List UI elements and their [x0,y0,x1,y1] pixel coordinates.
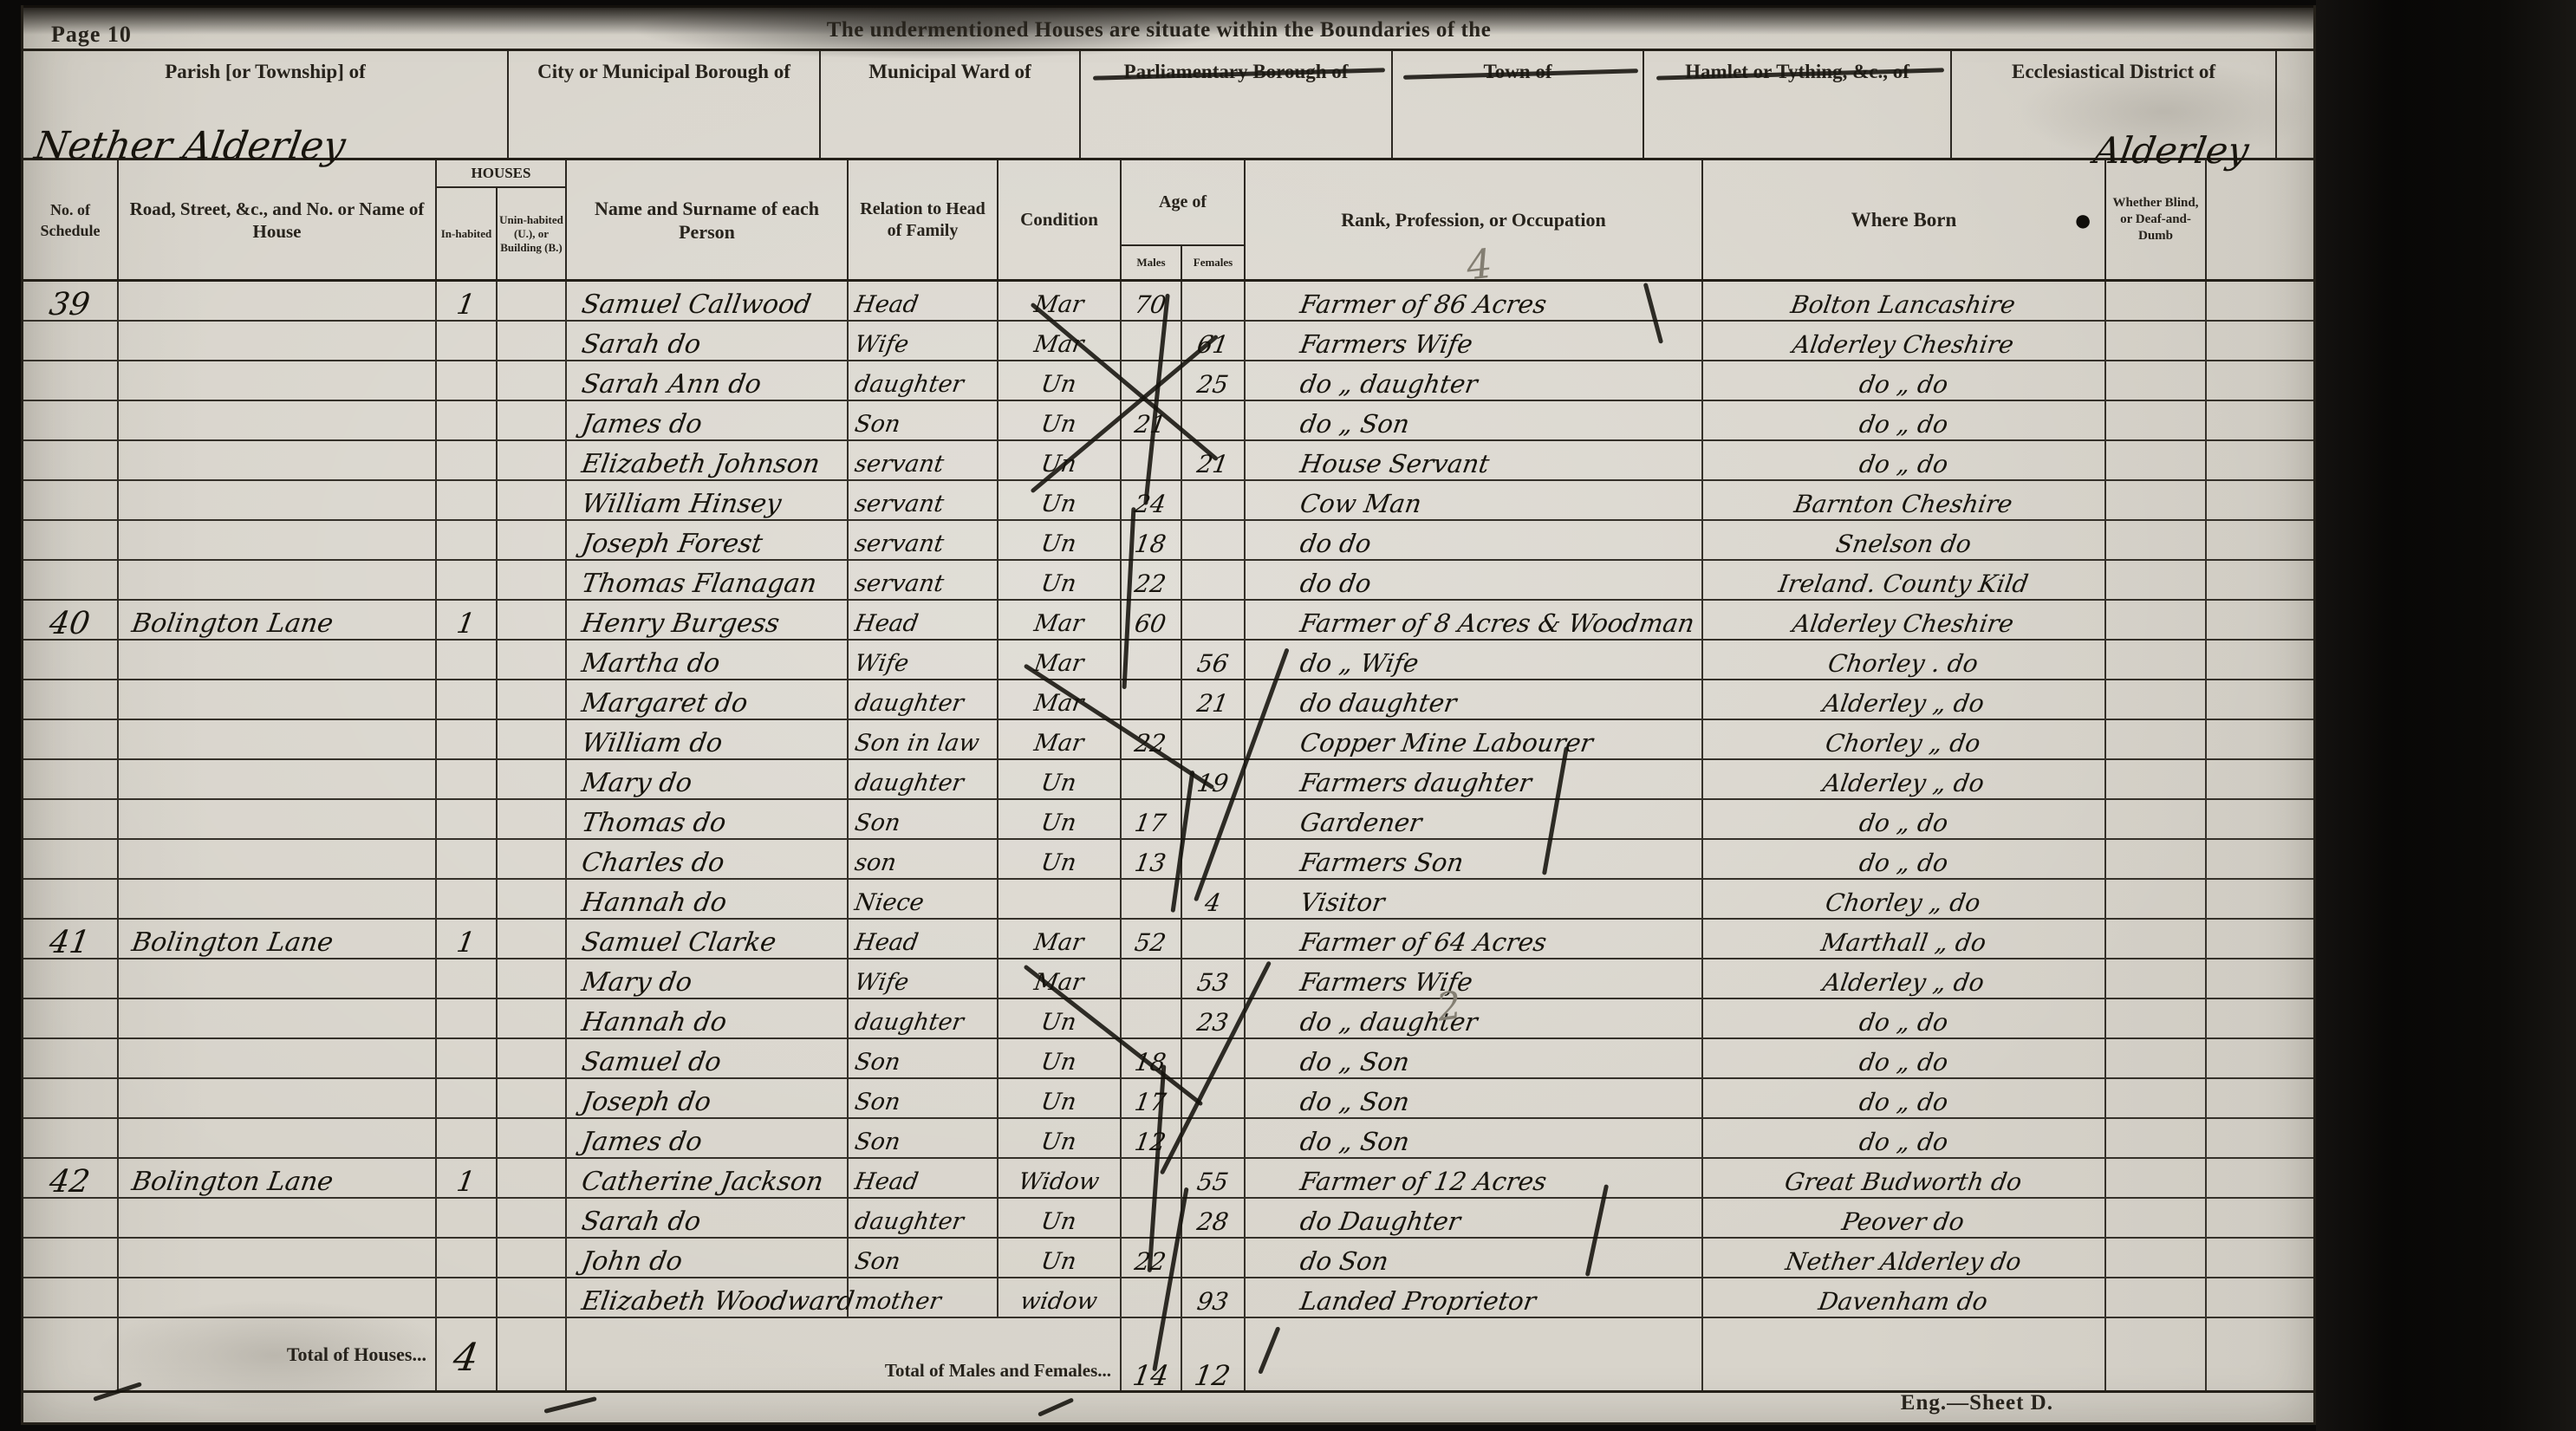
cell-uninhabited [498,601,567,639]
totals-males-value: 14 [1122,1318,1182,1390]
cell-age_m: 60 [1122,601,1182,639]
census-row: 40Bolington Lane1Henry BurgessHeadMar60F… [23,601,2313,641]
cell-condition: Un [999,441,1122,479]
cell-relation: Wife [849,322,999,360]
totals-row: Total of Houses... 4 Total of Males and … [23,1318,2313,1393]
cell-uninhabited [498,401,567,439]
cell-inhabited [437,361,498,400]
banner-row: Page 10 The undermentioned Houses are si… [23,8,2313,51]
census-row: Thomas FlanaganservantUn22do doIreland. … [23,561,2313,601]
cell-occupation: do do [1246,521,1703,559]
cell-name: Thomas do [567,800,849,838]
cell-road [119,880,437,918]
cell-born: Snelson do [1703,521,2106,559]
cell-uninhabited [498,322,567,360]
cell-uninhabited [498,641,567,679]
cell-blind [2106,920,2207,958]
cell-relation: daughter [849,999,999,1037]
cell-born: Barnton Cheshire [1703,481,2106,519]
cell-name: Samuel Clarke [567,920,849,958]
cell-condition: Un [999,561,1122,599]
cell-name: Hannah do [567,999,849,1037]
census-row: Joseph doSonUn17do „ Sondo „ do [23,1079,2313,1119]
cell-occupation: do „ Son [1246,401,1703,439]
cell-age_m [1122,999,1182,1037]
cell-uninhabited [498,959,567,998]
cell-blind [2106,999,2207,1037]
cell-uninhabited [498,481,567,519]
cell-uninhabited [498,361,567,400]
cell-road [119,840,437,878]
cell-road [119,1119,437,1157]
cell-condition: Mar [999,282,1122,320]
cell-age_f: 93 [1182,1278,1246,1317]
cell-age_f: 21 [1182,680,1246,719]
totals-blind-cell [2106,1318,2207,1390]
cell-inhabited [437,1039,498,1077]
cell-road [119,1039,437,1077]
cell-road [119,959,437,998]
film-band: 1 2 123456 PUBLIC RECORD OFFICE R.G.9 Re… [2316,0,2576,1431]
header-relation: Relation to Head of Family [849,160,999,279]
cell-margin [2207,959,2313,998]
cell-schedule [23,361,119,400]
cell-age_f [1182,840,1246,878]
census-row: Elizabeth JohnsonservantUn21House Servan… [23,441,2313,481]
header-blind-deaf: Whether Blind, or Deaf-and-Dumb [2106,160,2207,279]
cell-condition: Un [999,1239,1122,1277]
cell-age_m [1122,1159,1182,1197]
cell-margin [2207,282,2313,320]
cell-condition: Un [999,800,1122,838]
cell-born: Alderley Cheshire [1703,601,2106,639]
cell-schedule: 42 [23,1159,119,1197]
header-schedule: No. of Schedule [23,160,119,279]
cell-schedule [23,959,119,998]
cell-road [119,361,437,400]
cell-relation: servant [849,561,999,599]
cell-margin [2207,920,2313,958]
cell-age_m [1122,760,1182,798]
cell-blind [2106,680,2207,719]
cell-relation: mother [849,1278,999,1317]
cell-born: do „ do [1703,1119,2106,1157]
cell-age_f: 19 [1182,760,1246,798]
cell-schedule [23,760,119,798]
cell-born: Alderley Cheshire [1703,322,2106,360]
cell-name: Thomas Flanagan [567,561,849,599]
cell-born: Peover do [1703,1199,2106,1237]
banner-text: The undermentioned Houses are situate wi… [827,18,1492,42]
cell-born: do „ do [1703,361,2106,400]
header-where-born: Where Born ● [1703,160,2106,279]
cell-occupation: Farmers Wife [1246,322,1703,360]
cell-relation: daughter [849,760,999,798]
totals-uninhabited-cell [498,1318,567,1390]
cell-margin [2207,561,2313,599]
box-borough: City or Municipal Borough of [509,51,821,158]
cell-road: Bolington Lane [119,601,437,639]
box-ecclesiastical-district: Ecclesiastical District of Alderley [1952,51,2277,158]
cell-margin [2207,481,2313,519]
census-scan: Page 10 The undermentioned Houses are si… [0,0,2576,1431]
cell-occupation: Farmers daughter [1246,760,1703,798]
census-row: Charles dosonUn13Farmers Sondo „ do [23,840,2313,880]
cell-margin [2207,1159,2313,1197]
cell-age_f [1182,1239,1246,1277]
cell-blind [2106,720,2207,758]
cell-occupation: Cow Man [1246,481,1703,519]
cell-relation: daughter [849,361,999,400]
cell-age_m: 12 [1122,1119,1182,1157]
census-table: No. of Schedule Road, Street, &c., and N… [23,160,2313,1393]
census-row: James doSonUn12do „ Sondo „ do [23,1119,2313,1159]
cell-born: Bolton Lancashire [1703,282,2106,320]
cell-margin [2207,601,2313,639]
cell-born: do „ do [1703,1079,2106,1117]
cell-schedule [23,322,119,360]
cell-relation: Head [849,601,999,639]
header-age-females: Females [1182,246,1244,279]
page-number-label: Page 10 [51,22,132,48]
cell-inhabited [437,521,498,559]
cell-inhabited [437,959,498,998]
cell-road: Bolington Lane [119,920,437,958]
header-condition: Condition [999,160,1122,279]
cell-born: Ireland. County Kild [1703,561,2106,599]
sheet-note: Eng.—Sheet D. [1901,1391,2053,1415]
cell-relation: Head [849,282,999,320]
cell-name: Joseph do [567,1079,849,1117]
cell-age_m: 70 [1122,282,1182,320]
cell-blind [2106,1039,2207,1077]
totals-females-value: 12 [1182,1318,1246,1390]
cell-condition: Un [999,1119,1122,1157]
cell-road [119,441,437,479]
cell-blind [2106,1199,2207,1237]
cell-uninhabited [498,1278,567,1317]
cell-occupation: House Servant [1246,441,1703,479]
cell-condition: Mar [999,920,1122,958]
cell-age_f [1182,481,1246,519]
box-filler [2277,51,2313,158]
census-row: James doSonUn21do „ Sondo „ do [23,401,2313,441]
cell-blind [2106,641,2207,679]
cell-age_m: 18 [1122,521,1182,559]
cell-road [119,999,437,1037]
cell-margin [2207,1239,2313,1277]
cell-blind [2106,760,2207,798]
cell-blind [2106,1119,2207,1157]
cell-schedule [23,680,119,719]
cell-road [119,760,437,798]
cell-age_f: 25 [1182,361,1246,400]
cell-blind [2106,521,2207,559]
cell-born: Nether Alderley do [1703,1239,2106,1277]
cell-blind [2106,1159,2207,1197]
cell-age_f: 61 [1182,322,1246,360]
cell-margin [2207,401,2313,439]
cell-uninhabited [498,680,567,719]
box-ward-label: Municipal Ward of [821,60,1079,83]
cell-relation: Son [849,1079,999,1117]
census-row: 391Samuel CallwoodHeadMar70Farmer of 86 … [23,282,2313,322]
cell-margin [2207,322,2313,360]
cell-inhabited [437,322,498,360]
cell-inhabited [437,1119,498,1157]
cell-condition: Mar [999,601,1122,639]
cell-age_f [1182,1119,1246,1157]
census-row: William doSon in lawMar22Copper Mine Lab… [23,720,2313,760]
cell-inhabited: 1 [437,1159,498,1197]
cell-blind [2106,840,2207,878]
totals-males-females-label: Total of Males and Females... [567,1318,1122,1390]
cell-relation: Son [849,1119,999,1157]
box-parish-label: Parish [or Township] of [23,60,507,83]
cell-uninhabited [498,561,567,599]
cell-age_m: 18 [1122,1039,1182,1077]
cell-born: Alderley „ do [1703,959,2106,998]
cell-inhabited: 1 [437,920,498,958]
cell-margin [2207,760,2313,798]
cell-blind [2106,282,2207,320]
cell-age_m: 52 [1122,920,1182,958]
cell-born: Davenham do [1703,1278,2106,1317]
cell-age_f [1182,401,1246,439]
cell-name: Elizabeth Johnson [567,441,849,479]
cell-margin [2207,1119,2313,1157]
census-row: William HinseyservantUn24Cow ManBarnton … [23,481,2313,521]
cell-inhabited [437,481,498,519]
cell-born: do „ do [1703,441,2106,479]
cell-name: Samuel do [567,1039,849,1077]
cell-blind [2106,561,2207,599]
cell-condition: Mar [999,641,1122,679]
cell-inhabited [437,840,498,878]
cell-born: Chorley . do [1703,641,2106,679]
cell-born: Alderley „ do [1703,680,2106,719]
cell-inhabited [437,1199,498,1237]
census-row: Margaret dodaughterMar21do daughterAlder… [23,680,2313,720]
cell-schedule [23,401,119,439]
cell-blind [2106,322,2207,360]
cell-inhabited [437,880,498,918]
cell-condition: Widow [999,1159,1122,1197]
cell-uninhabited [498,840,567,878]
cell-uninhabited [498,1079,567,1117]
cell-occupation: do „ daughter [1246,999,1703,1037]
cell-schedule [23,999,119,1037]
cell-age_f: 23 [1182,999,1246,1037]
header-name: Name and Surname of each Person [567,160,849,279]
cell-age_f: 55 [1182,1159,1246,1197]
cell-blind [2106,481,2207,519]
cell-age_f: 21 [1182,441,1246,479]
cell-age_f: 4 [1182,880,1246,918]
cell-uninhabited [498,999,567,1037]
cell-schedule: 41 [23,920,119,958]
cell-schedule [23,800,119,838]
cell-name: Mary do [567,760,849,798]
cell-name: Joseph Forest [567,521,849,559]
census-row: 41Bolington Lane1Samuel ClarkeHeadMar52F… [23,920,2313,959]
cell-condition: Un [999,481,1122,519]
cell-occupation: Visitor [1246,880,1703,918]
totals-houses-label: Total of Houses... [119,1318,437,1390]
cell-road [119,1199,437,1237]
cell-schedule [23,521,119,559]
box-hamlet: Hamlet or Tything, &c., of [1644,51,1952,158]
cell-relation: son [849,840,999,878]
census-row: Elizabeth Woodwardmotherwidow93Landed Pr… [23,1278,2313,1318]
header-age-males: Males [1122,246,1182,279]
cell-name: Samuel Callwood [567,282,849,320]
cell-born: do „ do [1703,840,2106,878]
box-parliamentary-borough: Parliamentary Borough of [1081,51,1393,158]
cell-uninhabited [498,521,567,559]
cell-inhabited [437,1239,498,1277]
cell-road [119,521,437,559]
cell-relation: Son in law [849,720,999,758]
cell-condition: Mar [999,322,1122,360]
cell-inhabited [437,401,498,439]
cell-inhabited: 1 [437,601,498,639]
cell-name: Charles do [567,840,849,878]
header-houses-label: HOUSES [437,160,565,188]
cell-schedule [23,481,119,519]
cell-born: Alderley „ do [1703,760,2106,798]
ink-blot-icon: ● [2073,202,2092,238]
cell-road [119,641,437,679]
totals-houses-value: 4 [437,1318,498,1390]
cell-margin [2207,840,2313,878]
cell-condition: Un [999,401,1122,439]
cell-age_m: 22 [1122,720,1182,758]
cell-relation: servant [849,521,999,559]
cell-blind [2106,1239,2207,1277]
cell-road [119,282,437,320]
cell-relation: Head [849,1159,999,1197]
cell-name: Margaret do [567,680,849,719]
cell-blind [2106,401,2207,439]
cell-age_f [1182,561,1246,599]
cell-inhabited [437,999,498,1037]
census-row: Mary doWifeMar53Farmers WifeAlderley „ d… [23,959,2313,999]
box-town-label: Town of [1393,60,1643,83]
cell-blind [2106,1278,2207,1317]
cell-road [119,1278,437,1317]
cell-inhabited [437,561,498,599]
cell-condition: widow [999,1278,1122,1317]
cell-schedule [23,641,119,679]
box-town: Town of [1393,51,1644,158]
cell-schedule [23,1199,119,1237]
cell-uninhabited [498,760,567,798]
cell-margin [2207,521,2313,559]
cell-inhabited [437,1079,498,1117]
cell-margin [2207,441,2313,479]
cell-schedule [23,1239,119,1277]
cell-schedule [23,561,119,599]
cell-road [119,322,437,360]
cell-road [119,481,437,519]
cell-uninhabited [498,1159,567,1197]
cell-occupation: do Son [1246,1239,1703,1277]
cell-schedule [23,840,119,878]
cell-name: Mary do [567,959,849,998]
cell-uninhabited [498,800,567,838]
table-header: No. of Schedule Road, Street, &c., and N… [23,160,2313,282]
box-parish: Parish [or Township] of Nether Alderley [23,51,509,158]
census-row: 42Bolington Lane1Catherine JacksonHeadWi… [23,1159,2313,1199]
cell-condition: Un [999,521,1122,559]
box-parliamentary-borough-label: Parliamentary Borough of [1081,60,1391,83]
cell-inhabited [437,680,498,719]
cell-uninhabited [498,1119,567,1157]
cell-born: Chorley „ do [1703,880,2106,918]
cell-occupation: do „ Son [1246,1079,1703,1117]
cell-age_f [1182,282,1246,320]
cell-age_m [1122,641,1182,679]
cell-road [119,800,437,838]
cell-age_m [1122,361,1182,400]
cell-margin [2207,680,2313,719]
cell-occupation: do „ Wife [1246,641,1703,679]
cell-name: Sarah Ann do [567,361,849,400]
cell-born: Great Budworth do [1703,1159,2106,1197]
cell-relation: Son [849,1039,999,1077]
cell-born: do „ do [1703,401,2106,439]
cell-name: James do [567,401,849,439]
cell-blind [2106,601,2207,639]
cell-name: Hannah do [567,880,849,918]
cell-relation: Son [849,800,999,838]
cell-age_f [1182,720,1246,758]
cell-occupation: Gardener [1246,800,1703,838]
cell-condition: Mar [999,680,1122,719]
cell-age_m: 21 [1122,401,1182,439]
cell-relation: Niece [849,880,999,918]
cell-inhabited: 1 [437,282,498,320]
cell-age_m [1122,441,1182,479]
cell-born: do „ do [1703,999,2106,1037]
cell-margin [2207,800,2313,838]
cell-occupation: Landed Proprietor [1246,1278,1703,1317]
cell-inhabited [437,720,498,758]
cell-age_m: 13 [1122,840,1182,878]
cell-condition: Un [999,760,1122,798]
census-row: Samuel doSonUn18do „ Sondo „ do [23,1039,2313,1079]
cell-schedule [23,1079,119,1117]
cell-name: Catherine Jackson [567,1159,849,1197]
cell-occupation: Farmer of 8 Acres & Woodman [1246,601,1703,639]
cell-occupation: Farmer of 12 Acres [1246,1159,1703,1197]
cell-age_m: 17 [1122,1079,1182,1117]
cell-condition: Mar [999,959,1122,998]
cell-blind [2106,1079,2207,1117]
cell-occupation: Farmers Wife [1246,959,1703,998]
cell-age_f [1182,920,1246,958]
cell-name: Sarah do [567,1199,849,1237]
cell-road: Bolington Lane [119,1159,437,1197]
cell-margin [2207,999,2313,1037]
header-road: Road, Street, &c., and No. or Name of Ho… [119,160,437,279]
cell-age_m: 17 [1122,800,1182,838]
cell-schedule [23,880,119,918]
table-body: 391Samuel CallwoodHeadMar70Farmer of 86 … [23,282,2313,1318]
cell-condition: Un [999,1039,1122,1077]
cell-age_f [1182,521,1246,559]
